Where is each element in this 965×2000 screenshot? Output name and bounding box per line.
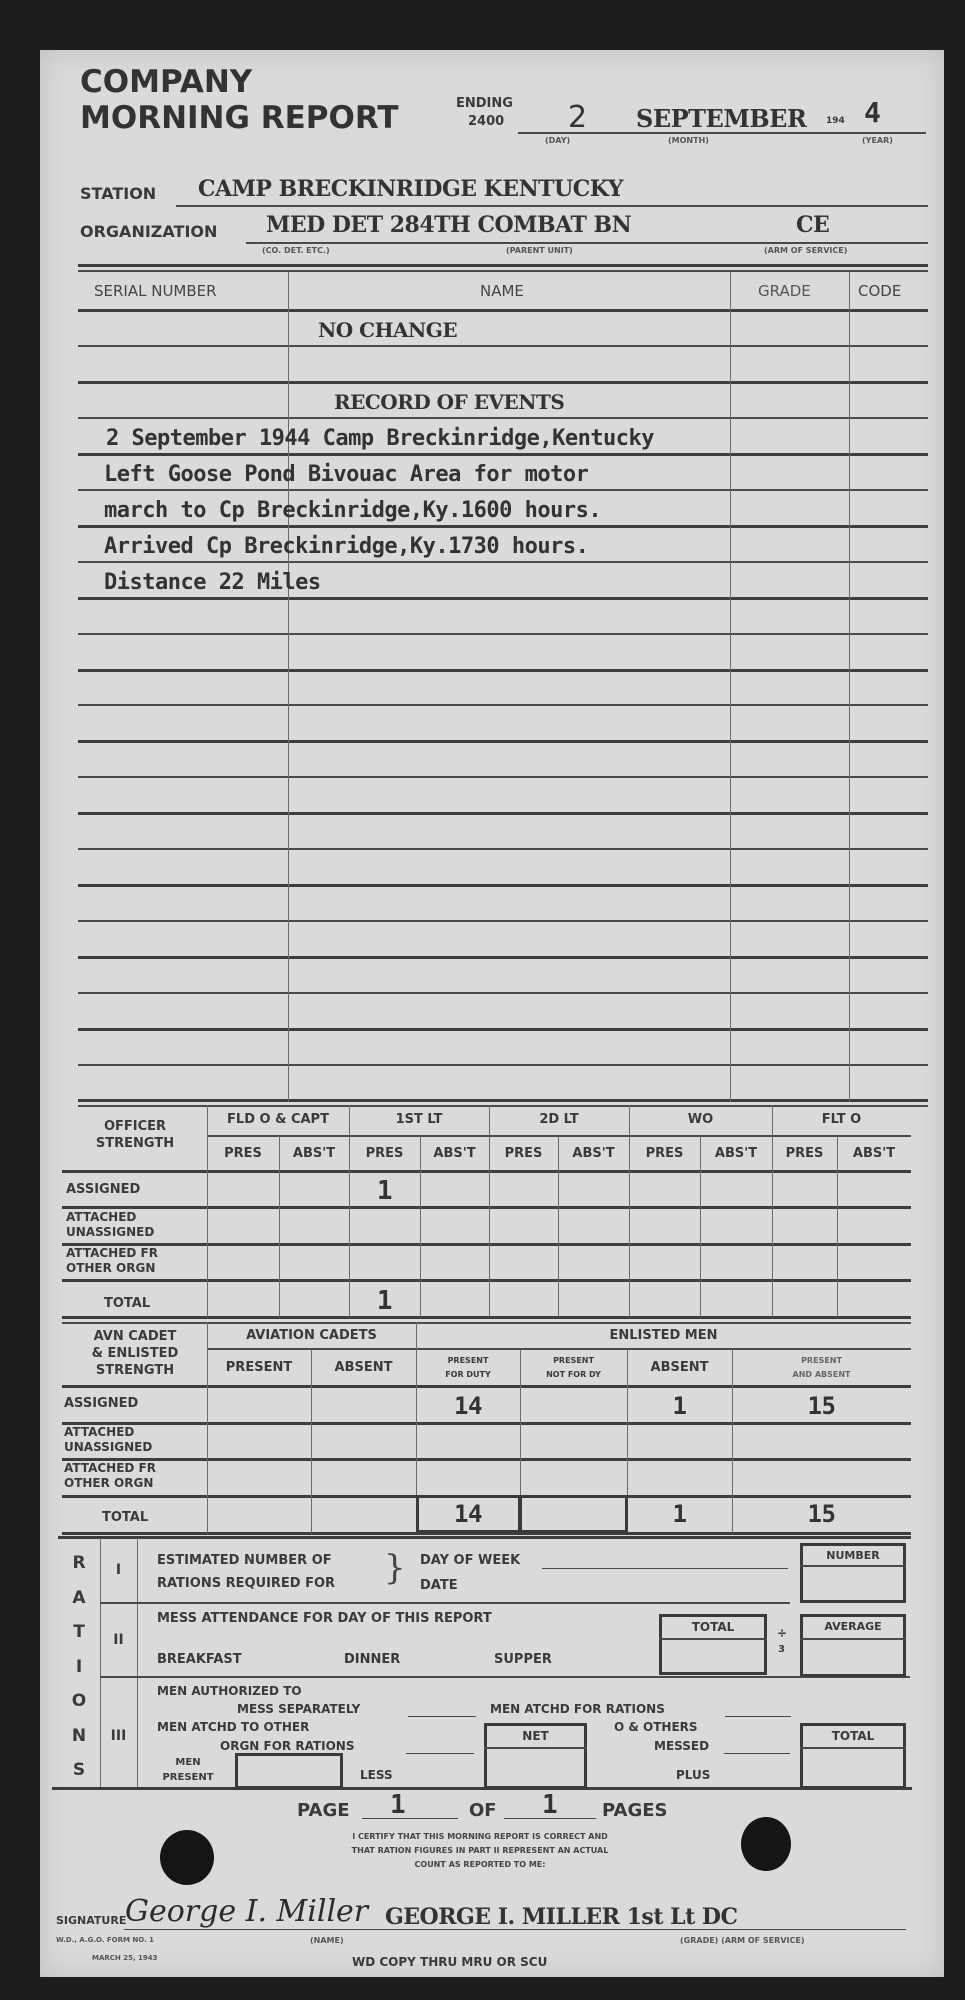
net-label: NET bbox=[484, 1729, 587, 1743]
atchd-rations-field[interactable] bbox=[725, 1716, 791, 1717]
header-name: NAME bbox=[480, 282, 524, 300]
others-messed-label-1: O & OTHERS bbox=[614, 1720, 698, 1734]
punch-hole-right bbox=[741, 1817, 791, 1871]
row-label-total: TOTAL bbox=[102, 1510, 148, 1525]
rations-side-label: R A T I O N S bbox=[66, 1546, 92, 1788]
dinner-label: DINNER bbox=[344, 1652, 400, 1667]
signature-label: SIGNATURE bbox=[56, 1914, 126, 1927]
roster-top-rule-2 bbox=[78, 270, 928, 272]
officer-1st-lt-pres-total[interactable]: 1 bbox=[349, 1286, 420, 1316]
event-line[interactable]: march to Cp Breckinridge,Ky.1600 hours. bbox=[104, 498, 601, 523]
form-date: MARCH 25, 1943 bbox=[92, 1954, 158, 1962]
group-flt-o: FLT O bbox=[772, 1112, 911, 1127]
atchd-other-field[interactable] bbox=[406, 1753, 474, 1754]
group-aviation-cadets: AVIATION CADETS bbox=[207, 1328, 416, 1343]
group-2d-lt: 2D LT bbox=[489, 1112, 629, 1127]
subheader-pres: PRES bbox=[489, 1146, 558, 1161]
grade-caption: (GRADE) (ARM OF SERVICE) bbox=[680, 1936, 804, 1945]
mess-total-label: TOTAL bbox=[659, 1620, 767, 1634]
subheader-present: PRESENT bbox=[207, 1360, 311, 1375]
rations-total-label: TOTAL bbox=[800, 1729, 906, 1743]
form-title-line1: COMPANY bbox=[80, 64, 252, 100]
section-i-numeral: I bbox=[100, 1562, 137, 1578]
subheader-absent-enlisted: ABSENT bbox=[627, 1360, 732, 1375]
year-prefix: 194 bbox=[826, 116, 845, 126]
subheader-absent: ABSENT bbox=[311, 1360, 416, 1375]
signer-typed-name[interactable]: GEORGE I. MILLER 1st Lt DC bbox=[385, 1904, 738, 1930]
subheader-abst: ABS'T bbox=[279, 1146, 349, 1161]
roster-top-rule bbox=[78, 264, 928, 267]
page-label: PAGE bbox=[297, 1800, 350, 1821]
enlisted-present-absent-total[interactable]: 15 bbox=[732, 1500, 911, 1528]
station-value[interactable]: CAMP BRECKINRIDGE KENTUCKY bbox=[198, 176, 623, 202]
subheader-pres: PRES bbox=[629, 1146, 700, 1161]
officer-strength-title: OFFICER STRENGTH bbox=[70, 1118, 200, 1152]
ending-time: 2400 bbox=[468, 114, 504, 129]
form-number: W.D., A.G.O. FORM NO. 1 bbox=[56, 1936, 154, 1944]
header-serial-number: SERIAL NUMBER bbox=[94, 282, 217, 300]
officer-1st-lt-pres-assigned[interactable]: 1 bbox=[349, 1176, 420, 1206]
organization-value[interactable]: MED DET 284TH COMBAT BN bbox=[266, 212, 631, 238]
others-messed-field[interactable] bbox=[724, 1753, 790, 1754]
row-label-assigned: ASSIGNED bbox=[66, 1182, 140, 1197]
enlisted-present-duty-assigned[interactable]: 14 bbox=[416, 1392, 520, 1420]
arm-of-service-value[interactable]: CE bbox=[796, 212, 829, 238]
subheader-abst: ABS'T bbox=[558, 1146, 629, 1161]
org-caption-unit: (CO. DET. ETC.) bbox=[262, 246, 330, 255]
men-atchd-rations-label: MEN ATCHD FOR RATIONS bbox=[490, 1702, 665, 1716]
enlisted-absent-assigned[interactable]: 1 bbox=[627, 1392, 732, 1420]
group-fld-o-capt: FLD O & CAPT bbox=[207, 1112, 349, 1127]
section-iii-numeral: III bbox=[100, 1728, 137, 1744]
station-underline bbox=[176, 205, 928, 207]
month-caption: (MONTH) bbox=[668, 136, 709, 145]
page-number[interactable]: 1 bbox=[390, 1790, 405, 1820]
others-messed-label-2: MESSED bbox=[654, 1739, 709, 1753]
subheader-present-and-absent: PRESENT AND ABSENT bbox=[732, 1354, 911, 1382]
section-ii-numeral: II bbox=[100, 1632, 137, 1648]
certification-statement: I CERTIFY THAT THIS MORNING REPORT IS CO… bbox=[250, 1830, 710, 1872]
group-enlisted-men: ENLISTED MEN bbox=[416, 1328, 911, 1343]
row-label-attached-fr-other: ATTACHED FR OTHER ORGN bbox=[66, 1246, 158, 1276]
record-of-events-title: RECORD OF EVENTS bbox=[334, 390, 564, 414]
total-pages[interactable]: 1 bbox=[542, 1790, 557, 1820]
event-line[interactable]: 2 September 1944 Camp Breckinridge,Kentu… bbox=[106, 426, 654, 451]
plus-label: PLUS bbox=[676, 1768, 710, 1782]
brace-icon: } bbox=[384, 1548, 406, 1588]
station-label: STATION bbox=[80, 184, 156, 203]
year-suffix[interactable]: 4 bbox=[864, 96, 880, 129]
supper-label: SUPPER bbox=[494, 1652, 552, 1667]
row-label-total: TOTAL bbox=[104, 1296, 150, 1311]
men-present-label: MEN PRESENT bbox=[143, 1755, 233, 1785]
rations-required-label: RATIONS REQUIRED FOR bbox=[157, 1576, 335, 1591]
day-caption: (DAY) bbox=[545, 136, 570, 145]
men-authorized-label-1: MEN AUTHORIZED TO bbox=[157, 1684, 302, 1698]
copy-note: WD COPY THRU MRU OR SCU bbox=[352, 1955, 547, 1969]
breakfast-label: BREAKFAST bbox=[157, 1652, 242, 1667]
handwritten-signature[interactable]: George I. Miller bbox=[125, 1894, 368, 1929]
subheader-pres: PRES bbox=[772, 1146, 837, 1161]
ending-label: ENDING bbox=[456, 96, 513, 111]
header-code: CODE bbox=[858, 282, 901, 300]
enlisted-strength-title: AVN CADET & ENLISTED STRENGTH bbox=[66, 1328, 204, 1379]
row-label-attached-unassigned: ATTACHED UNASSIGNED bbox=[66, 1210, 154, 1240]
of-label: OF bbox=[469, 1800, 497, 1821]
men-atchd-other-label-2: ORGN FOR RATIONS bbox=[220, 1739, 354, 1753]
event-line[interactable]: Left Goose Pond Bivouac Area for motor bbox=[104, 462, 588, 487]
date-label: DATE bbox=[420, 1578, 458, 1593]
subheader-abst: ABS'T bbox=[700, 1146, 772, 1161]
subheader-pres: PRES bbox=[349, 1146, 420, 1161]
month-value[interactable]: SEPTEMBER bbox=[636, 104, 806, 133]
group-wo: WO bbox=[629, 1112, 772, 1127]
enlisted-present-absent-assigned[interactable]: 15 bbox=[732, 1392, 911, 1420]
subheader-present-not-for-duty: PRESENT NOT FOR DY bbox=[520, 1354, 627, 1382]
row-label-attached-unassigned: ATTACHED UNASSIGNED bbox=[64, 1425, 152, 1455]
name-caption: (NAME) bbox=[310, 1936, 344, 1945]
year-caption: (YEAR) bbox=[862, 136, 893, 145]
men-present-box[interactable] bbox=[235, 1753, 343, 1789]
group-1st-lt: 1ST LT bbox=[349, 1112, 489, 1127]
org-caption-arm: (ARM OF SERVICE) bbox=[764, 246, 847, 255]
subheader-pres: PRES bbox=[207, 1146, 279, 1161]
number-box-label: NUMBER bbox=[800, 1549, 906, 1562]
divide-sign: ÷ bbox=[777, 1626, 787, 1640]
men-atchd-other-label-1: MEN ATCHD TO OTHER bbox=[157, 1720, 309, 1734]
total-present-notduty-box bbox=[519, 1495, 628, 1533]
less-label: LESS bbox=[360, 1768, 393, 1782]
event-line[interactable]: Arrived Cp Breckinridge,Ky.1730 hours. bbox=[104, 534, 588, 559]
event-line[interactable]: Distance 22 Miles bbox=[104, 570, 321, 595]
row-label-attached-fr-other: ATTACHED FR OTHER ORGN bbox=[64, 1461, 156, 1491]
day-value[interactable]: 2 bbox=[568, 100, 587, 135]
estimated-number-label: ESTIMATED NUMBER OF bbox=[157, 1553, 332, 1568]
form-title-line2: MORNING REPORT bbox=[80, 100, 398, 136]
no-change-entry[interactable]: NO CHANGE bbox=[318, 318, 457, 342]
mess-separately-field[interactable] bbox=[408, 1716, 476, 1717]
enlisted-present-duty-total[interactable]: 14 bbox=[416, 1500, 520, 1528]
subheader-abst: ABS'T bbox=[837, 1146, 911, 1161]
divisor: 3 bbox=[778, 1644, 785, 1655]
punch-hole-left bbox=[160, 1830, 214, 1885]
subheader-abst: ABS'T bbox=[420, 1146, 489, 1161]
org-caption-parent: (PARENT UNIT) bbox=[506, 246, 573, 255]
header-grade: GRADE bbox=[758, 282, 811, 300]
day-of-week-field[interactable] bbox=[542, 1568, 788, 1569]
mess-average-label: AVERAGE bbox=[800, 1620, 906, 1633]
day-of-week-label: DAY OF WEEK bbox=[420, 1553, 520, 1568]
organization-underline bbox=[246, 242, 928, 244]
subheader-present-for-duty: PRESENT FOR DUTY bbox=[416, 1354, 520, 1382]
men-authorized-label-2: MESS SEPARATELY bbox=[237, 1702, 360, 1716]
mess-attendance-title: MESS ATTENDANCE FOR DAY OF THIS REPORT bbox=[157, 1611, 492, 1626]
organization-label: ORGANIZATION bbox=[80, 222, 217, 241]
row-label-assigned: ASSIGNED bbox=[64, 1396, 138, 1411]
pages-label: PAGES bbox=[602, 1800, 668, 1821]
enlisted-absent-total[interactable]: 1 bbox=[627, 1500, 732, 1528]
